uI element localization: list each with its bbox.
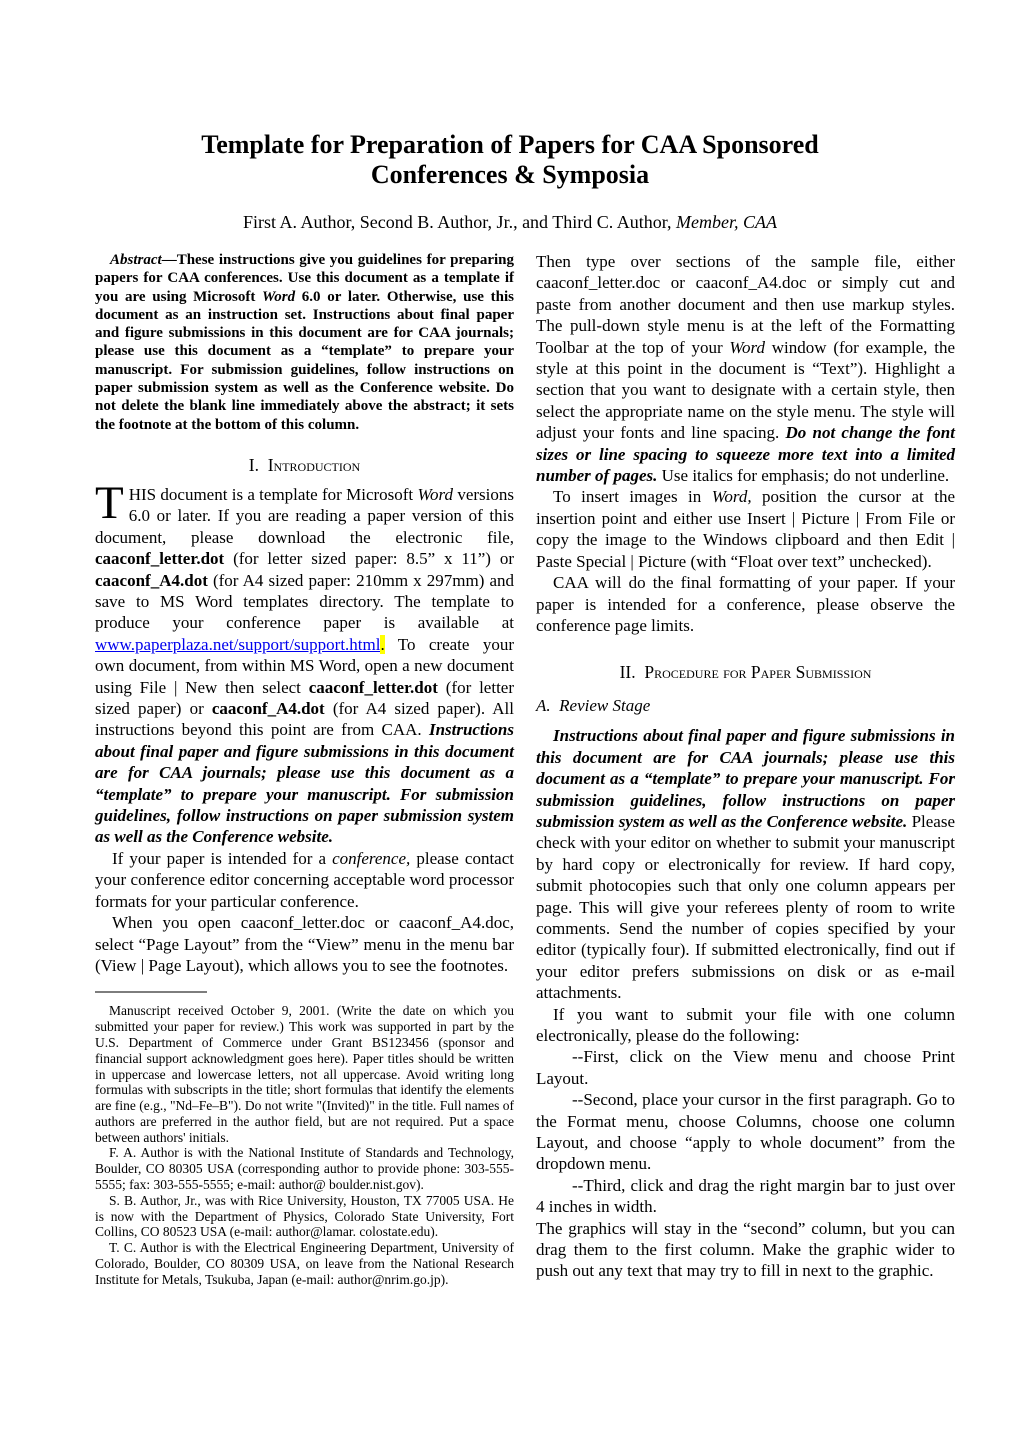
- text-run: Word: [417, 485, 453, 504]
- drop-cap-T: T: [95, 484, 129, 522]
- footnote-block: Manuscript received October 9, 2001. (Wr…: [95, 1003, 514, 1287]
- support-url-link[interactable]: www.paperplaza.net/support/support.html: [95, 635, 380, 654]
- section-heading-procedure: II. Procedure for Paper Submission: [536, 662, 955, 683]
- text-run: caaconf_A4.dot: [95, 571, 208, 590]
- text-run: Word: [729, 338, 765, 357]
- text-run: 6.0 or later. Otherwise, use this docume…: [95, 289, 514, 433]
- footnote-separator: [95, 991, 207, 993]
- footnote-author-sb: S. B. Author, Jr., was with Rice Univers…: [95, 1193, 514, 1240]
- text-run: If your paper is intended for a: [112, 849, 332, 868]
- text-run: Word,: [712, 487, 752, 506]
- introduction-paragraph: THIS document is a template for Microsof…: [95, 484, 514, 848]
- text-run: caaconf_letter.dot: [95, 549, 224, 568]
- text-run: conference,: [332, 849, 410, 868]
- authors-membership: Member, CAA: [676, 212, 777, 232]
- footnote-author-tc: T. C. Author is with the Electrical Engi…: [95, 1240, 514, 1287]
- text-run: Instructions about final paper and figur…: [536, 726, 955, 831]
- authors-names: First A. Author, Second B. Author, Jr., …: [243, 212, 676, 232]
- text-run: HIS document is a template for Microsoft: [129, 485, 418, 504]
- right-column: Then type over sections of the sample fi…: [536, 251, 955, 1288]
- review-stage-paragraph: Instructions about final paper and figur…: [536, 725, 955, 1003]
- paper-page: Template for Preparation of Papers for C…: [0, 0, 1020, 1443]
- title-line-2: Conferences & Symposia: [371, 160, 649, 189]
- title-line-1: Template for Preparation of Papers for C…: [201, 130, 819, 159]
- author-line: First A. Author, Second B. Author, Jr., …: [0, 212, 1020, 233]
- two-column-layout: Abstract—These instructions give you gui…: [95, 251, 955, 1288]
- insert-images-paragraph: To insert images in Word, position the c…: [536, 486, 955, 572]
- text-run: (for letter sized paper: 8.5” x 11”) or: [224, 549, 514, 568]
- step-first-paragraph: --First, click on the View menu and choo…: [536, 1046, 955, 1089]
- conference-format-paragraph: If your paper is intended for a conferen…: [95, 848, 514, 912]
- left-column: Abstract—These instructions give you gui…: [95, 251, 514, 1288]
- abstract-paragraph: Abstract—These instructions give you gui…: [95, 251, 514, 434]
- graphics-note-paragraph: The graphics will stay in the “second” c…: [536, 1218, 955, 1282]
- final-formatting-paragraph: CAA will do the final formatting of your…: [536, 572, 955, 636]
- styles-paragraph: Then type over sections of the sample fi…: [536, 251, 955, 486]
- text-run: Word: [262, 289, 295, 305]
- step-second-paragraph: --Second, place your cursor in the first…: [536, 1089, 955, 1175]
- section-heading-introduction: I. Introduction: [95, 455, 514, 476]
- paper-title: Template for Preparation of Papers for C…: [0, 0, 1020, 190]
- subsection-heading-review-stage: A. Review Stage: [536, 695, 955, 716]
- page-layout-paragraph: When you open caaconf_letter.doc or caac…: [95, 912, 514, 976]
- footnote-author-fa: F. A. Author is with the National Instit…: [95, 1145, 514, 1192]
- abstract-label: Abstract: [110, 252, 162, 268]
- text-run: To insert images in: [553, 487, 712, 506]
- footnote-manuscript-received: Manuscript received October 9, 2001. (Wr…: [95, 1003, 514, 1145]
- text-run: caaconf_letter.dot: [309, 678, 438, 697]
- step-third-paragraph: --Third, click and drag the right margin…: [536, 1175, 955, 1218]
- text-run: caaconf_A4.dot: [212, 699, 325, 718]
- text-run: Please check with your editor on whether…: [536, 812, 955, 1002]
- one-column-intro-paragraph: If you want to submit your file with one…: [536, 1004, 955, 1047]
- text-run: Use italics for emphasis; do not underli…: [657, 466, 949, 485]
